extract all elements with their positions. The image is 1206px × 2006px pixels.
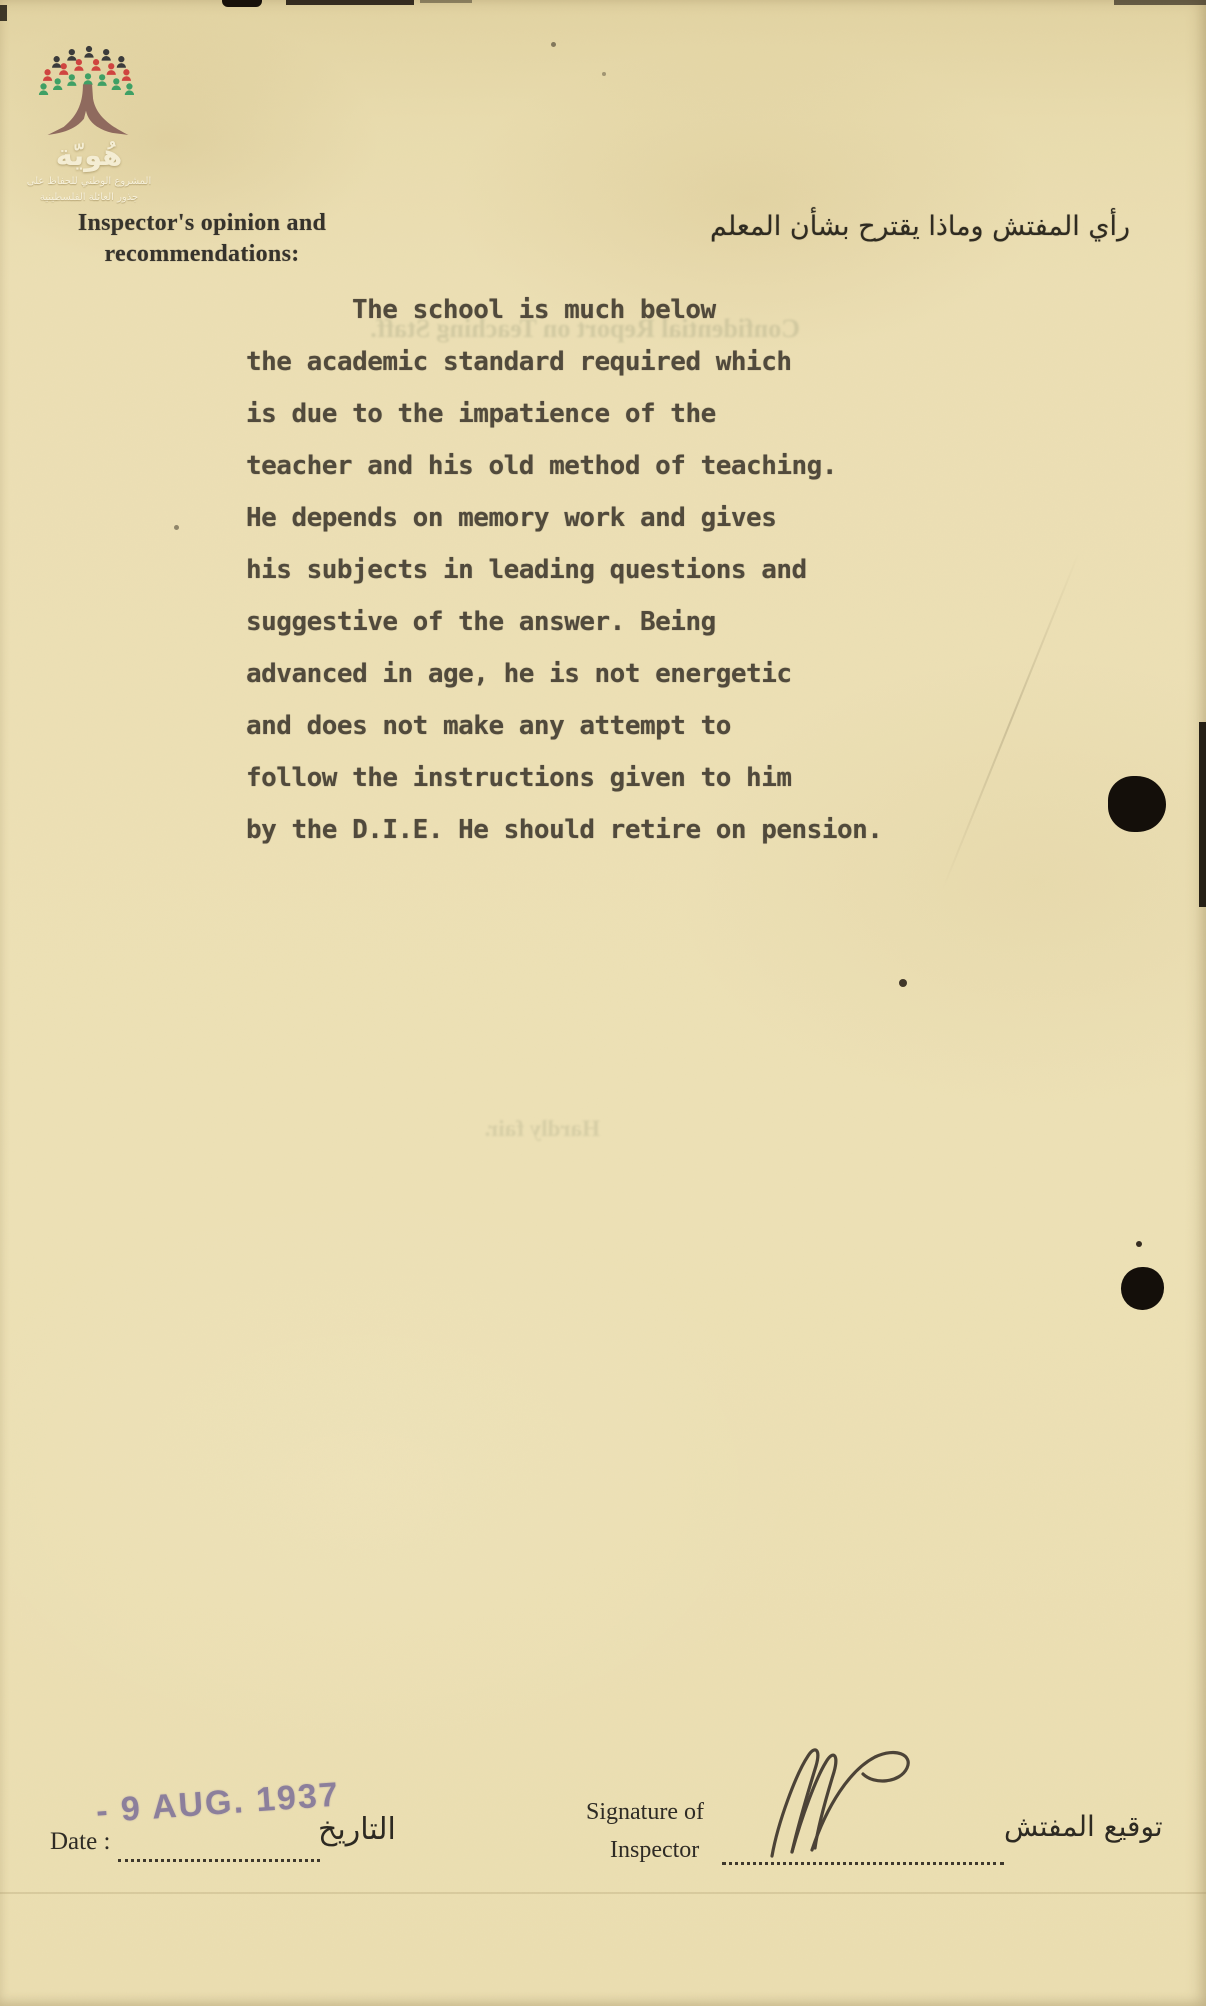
date-dotted-line [118, 1829, 320, 1862]
logo-tagline-line2: جذور العائلة الفلسطينية [26, 191, 152, 204]
typed-line: the academic standard required which [246, 336, 966, 388]
ink-speck [1136, 1241, 1142, 1247]
scan-edge-mark [1114, 0, 1206, 5]
ink-speck [899, 979, 907, 987]
section-heading-english: Inspector's opinion and recommendations: [52, 208, 352, 270]
scan-edge-mark [0, 5, 7, 21]
ink-speck [602, 72, 606, 76]
date-label-english: Date : [50, 1828, 110, 1856]
scanned-document-page: هُويّة المشروع الوطني للحفاظ على جذور ال… [0, 0, 1206, 2006]
bleedthrough-text: Hardly fair. [380, 1116, 600, 1142]
typed-line: is due to the impatience of the [246, 388, 966, 440]
signature-label-line2: Inspector [610, 1837, 699, 1864]
signature-label-arabic: توقيع المفتش [1004, 1810, 1163, 1843]
punch-hole [1121, 1267, 1164, 1310]
scan-edge-mark [420, 0, 472, 3]
ink-speck [551, 42, 556, 47]
date-label-arabic: التاريخ [318, 1812, 396, 1847]
family-tree-icon [33, 44, 145, 140]
huwiyya-archive-logo: هُويّة المشروع الوطني للحفاظ على جذور ال… [26, 44, 152, 204]
typed-line: The school is much below [246, 284, 966, 336]
paper-crease [0, 1892, 1206, 1894]
scan-edge-strip [1199, 722, 1206, 907]
punch-hole [1108, 776, 1166, 832]
inspector-signature [712, 1730, 922, 1870]
typed-line: suggestive of the answer. Being [246, 596, 966, 648]
typed-remarks: The school is much below the academic st… [246, 284, 966, 856]
typed-line: his subjects in leading questions and [246, 544, 966, 596]
typed-line: follow the instructions given to him [246, 752, 966, 804]
section-heading-arabic: رأي المفتش وماذا يقترح بشأن المعلم [710, 211, 1130, 242]
typed-line: teacher and his old method of teaching. [246, 440, 966, 492]
typed-line: advanced in age, he is not energetic [246, 648, 966, 700]
heading-line1: Inspector's opinion and [52, 208, 352, 239]
date-stamp: - 9 AUG. 1937 [95, 1776, 341, 1832]
scan-edge-mark [286, 0, 414, 5]
typed-line: by the D.I.E. He should retire on pensio… [246, 804, 966, 856]
typed-line: He depends on memory work and gives [246, 492, 966, 544]
typed-line: and does not make any attempt to [246, 700, 966, 752]
logo-wordmark: هُويّة [26, 138, 152, 172]
ink-speck [174, 525, 179, 530]
logo-tagline-line1: المشروع الوطني للحفاظ على [26, 175, 152, 188]
scan-edge-mark [222, 0, 262, 7]
heading-line2: recommendations: [52, 239, 352, 270]
signature-label-line1: Signature of [586, 1799, 704, 1826]
